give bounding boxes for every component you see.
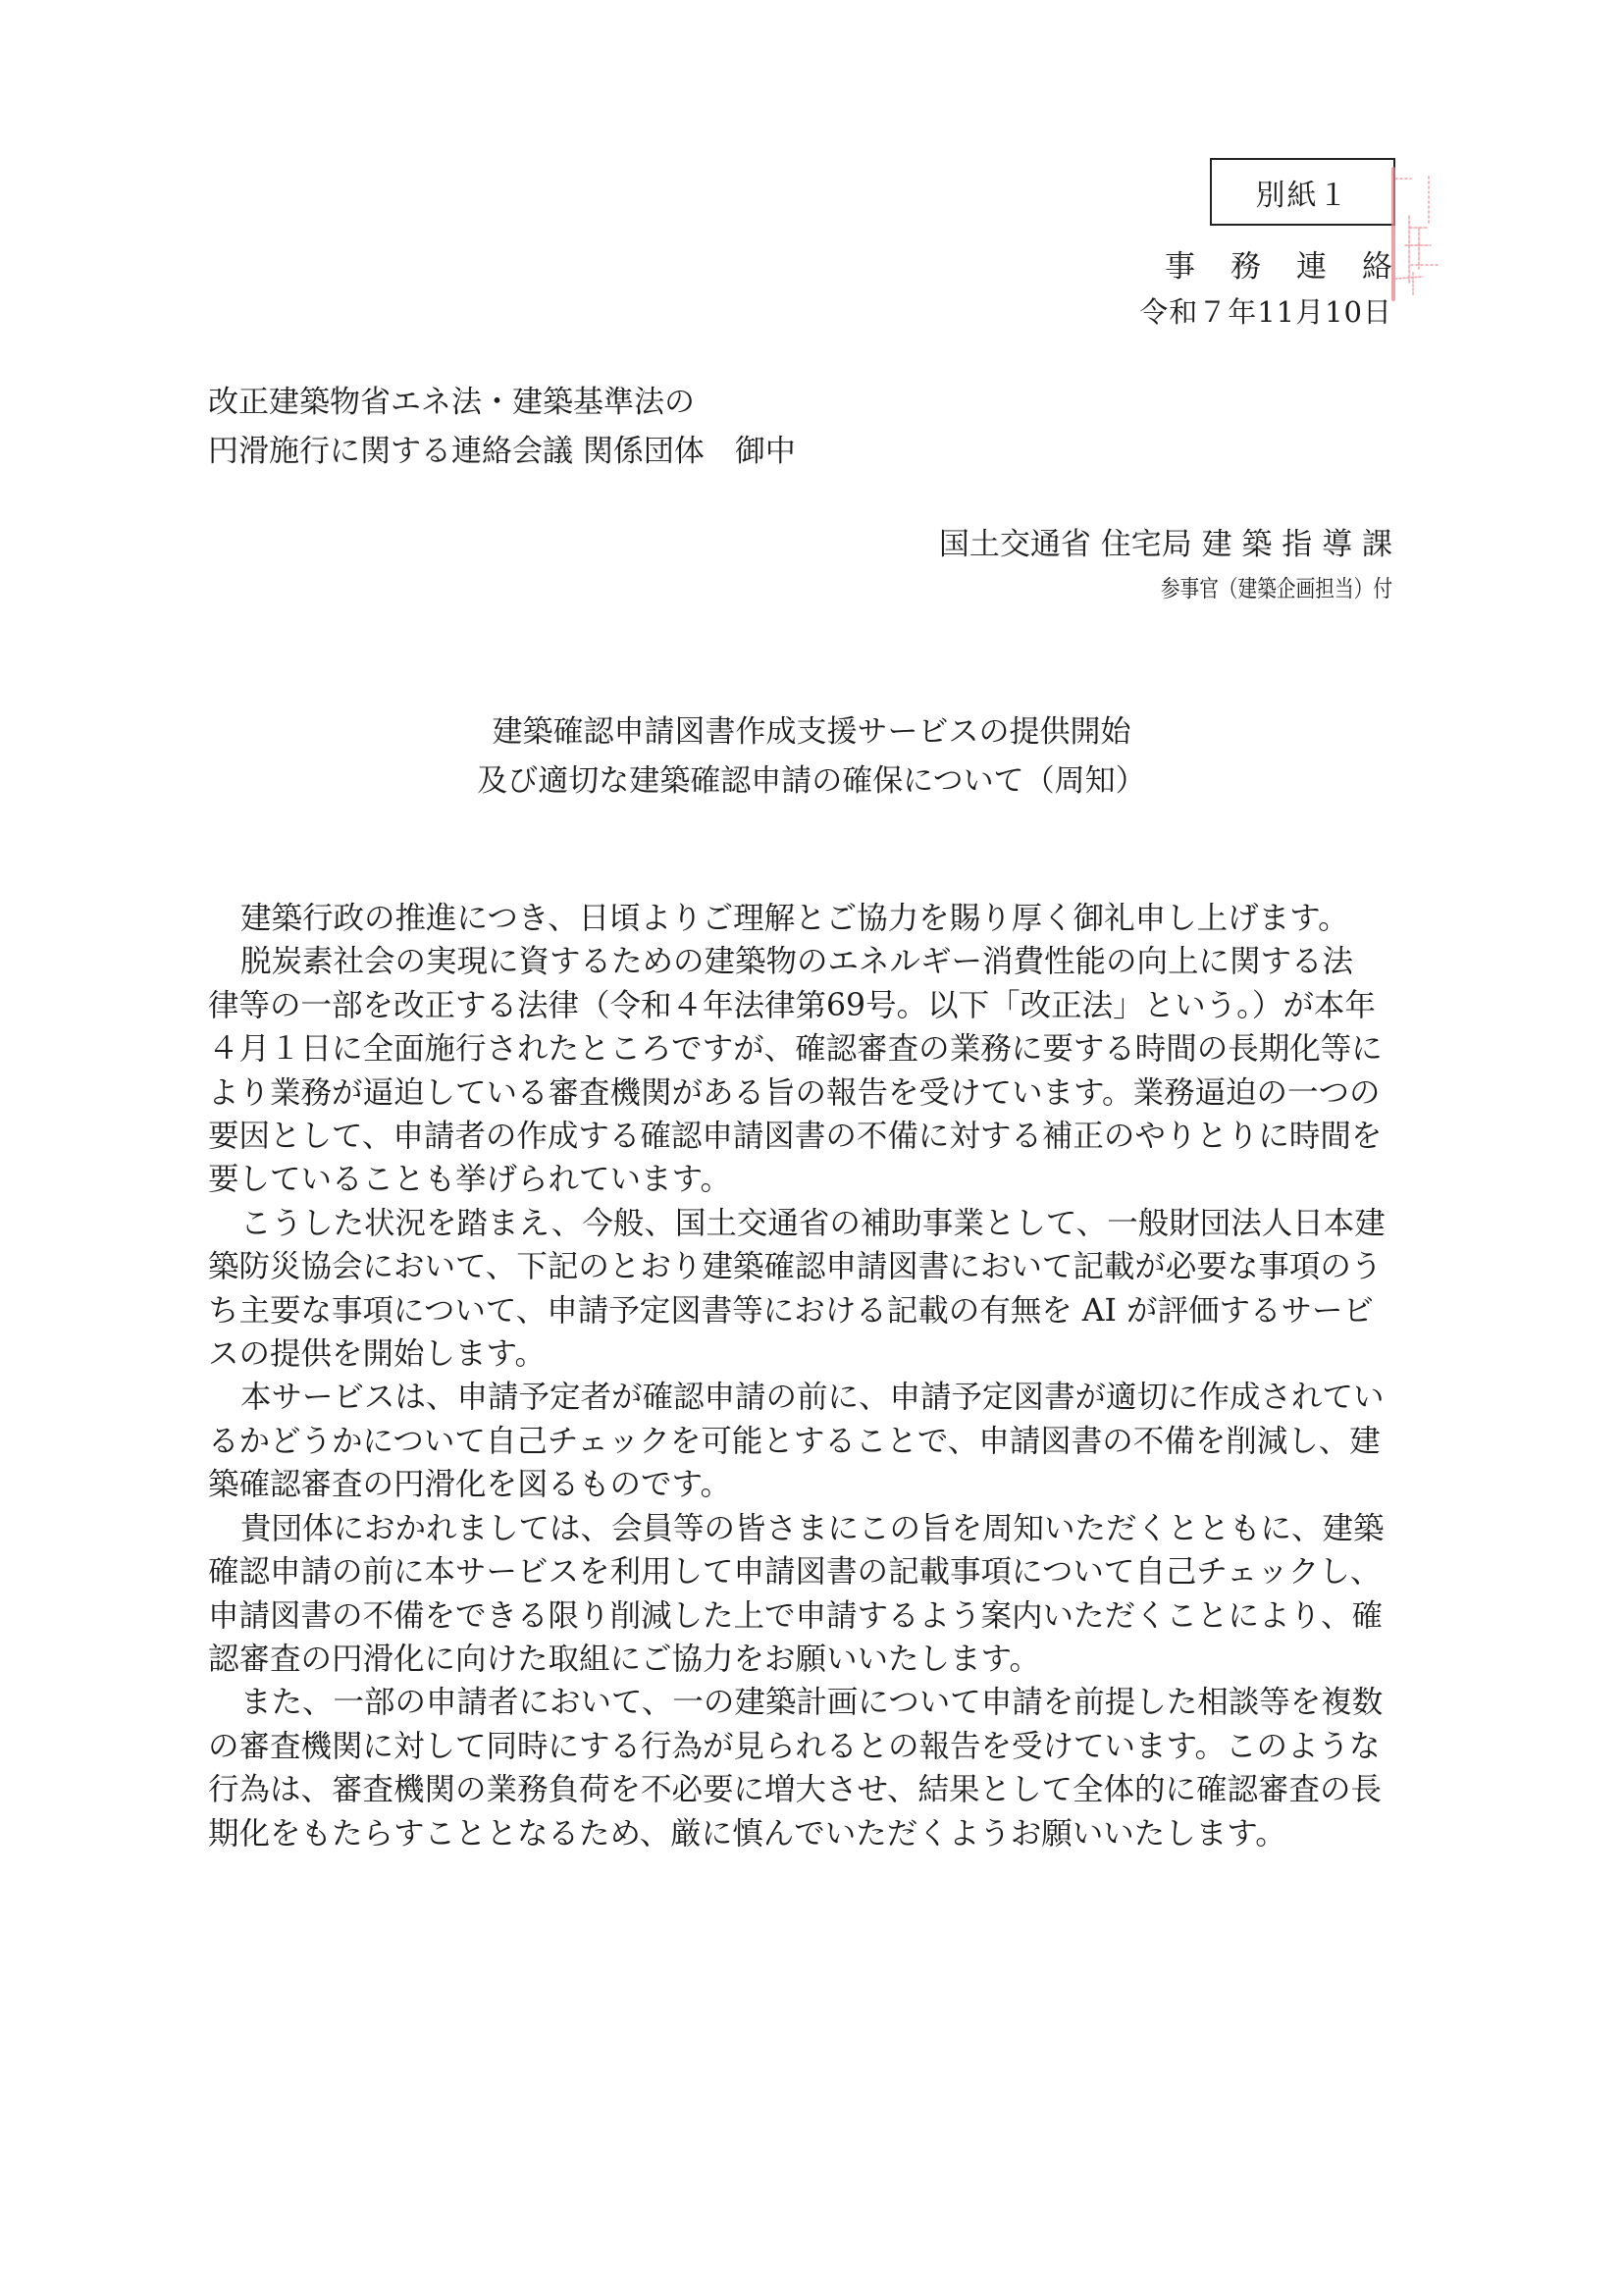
body-line: ４月１日に全面施行されたところですが、確認審査の業務に要する時間の長期化等に bbox=[208, 1027, 1395, 1070]
sender-organization: 国土交通省 住宅局 建 築 指 導 課 bbox=[939, 520, 1392, 569]
body-line: 確認申請の前に本サービスを利用して申請図書の記載事項について自己チェックし、 bbox=[208, 1550, 1395, 1593]
body-line: 要していることも挙げられています。 bbox=[208, 1158, 1395, 1201]
body-line: スの提供を開始します。 bbox=[208, 1332, 1395, 1376]
body-line: 脱炭素社会の実現に資するための建築物のエネルギー消費性能の向上に関する法 bbox=[208, 940, 1395, 983]
body-line: 建築行政の推進につき、日頃よりご理解とご協力を賜り厚く御礼申し上げます。 bbox=[208, 897, 1395, 940]
body-line: 律等の一部を改正する法律（令和４年法律第69号。以下「改正法」という。）が本年 bbox=[208, 984, 1395, 1027]
addressee-line: 改正建築物省エネ法・建築基準法の bbox=[208, 378, 796, 427]
document-page: 別紙１ 事務連絡 令和７年11月10日 改正建築物省エネ法・建築基準法の 円滑施… bbox=[0, 0, 1623, 2296]
document-body: 建築行政の推進につき、日頃よりご理解とご協力を賜り厚く御礼申し上げます。 脱炭素… bbox=[208, 897, 1395, 1855]
body-line: また、一部の申請者において、一の建築計画について申請を前提した相談等を複数 bbox=[208, 1681, 1395, 1724]
body-line: より業務が逼迫している審査機関がある旨の報告を受けています。業務逼迫の一つの bbox=[208, 1071, 1395, 1115]
body-line: 申請図書の不備をできる限り削減した上で申請するよう案内いただくことにより、確 bbox=[208, 1594, 1395, 1638]
sender-sub-office: 参事官（建築企画担当）付 bbox=[1161, 569, 1392, 608]
body-paragraph-service-purpose: 本サービスは、申請予定者が確認申請の前に、申請予定図書が適切に作成されてい るか… bbox=[208, 1376, 1395, 1506]
body-line: るかどうかについて自己チェックを可能とすることで、申請図書の不備を削減し、建 bbox=[208, 1420, 1395, 1463]
body-line: 本サービスは、申請予定者が確認申請の前に、申請予定図書が適切に作成されてい bbox=[208, 1376, 1395, 1419]
title-line: 建築確認申請図書作成支援サービスの提供開始 bbox=[0, 707, 1623, 757]
document-title: 建築確認申請図書作成支援サービスの提供開始 及び適切な建築確認申請の確保について… bbox=[0, 707, 1623, 806]
body-paragraph-request: 貴団体におかれましては、会員等の皆さまにこの旨を周知いただくとともに、建築 確認… bbox=[208, 1507, 1395, 1682]
body-paragraph-caution: また、一部の申請者において、一の建築計画について申請を前提した相談等を複数 の審… bbox=[208, 1681, 1395, 1855]
annex-label: 別紙１ bbox=[1256, 171, 1350, 214]
body-line: 認審査の円滑化に向けた取組にご協力をお願いいたします。 bbox=[208, 1638, 1395, 1681]
body-line: の審査機関に対して同時にする行為が見られるとの報告を受けています。このような bbox=[208, 1725, 1395, 1768]
title-line: 及び適切な建築確認申請の確保について（周知） bbox=[0, 757, 1623, 806]
body-line: ち主要な事項について、申請予定図書等における記載の有無を AI が評価するサービ bbox=[208, 1289, 1395, 1332]
addressee-line: 円滑施行に関する連絡会議 関係団体 御中 bbox=[208, 427, 796, 476]
addressee: 改正建築物省エネ法・建築基準法の 円滑施行に関する連絡会議 関係団体 御中 bbox=[208, 378, 796, 476]
body-paragraph-background: 脱炭素社会の実現に資するための建築物のエネルギー消費性能の向上に関する法 律等の… bbox=[208, 940, 1395, 1201]
body-line: 行為は、審査機関の業務負荷を不必要に増大させ、結果として全体的に確認審査の長 bbox=[208, 1768, 1395, 1811]
sender: 国土交通省 住宅局 建 築 指 導 課 参事官（建築企画担当）付 bbox=[939, 520, 1392, 608]
annex-label-box: 別紙１ bbox=[1210, 158, 1395, 226]
document-date: 令和７年11月10日 bbox=[1139, 290, 1392, 331]
body-paragraph-greeting: 建築行政の推進につき、日頃よりご理解とご協力を賜り厚く御礼申し上げます。 bbox=[208, 897, 1395, 940]
body-line: 期化をもたらすこととなるため、厳に慎んでいただくようお願いいたします。 bbox=[208, 1812, 1395, 1855]
body-line: 要因として、申請者の作成する確認申請図書の不備に対する補正のやりとりに時間を bbox=[208, 1115, 1395, 1158]
body-line: 築確認審査の円滑化を図るものです。 bbox=[208, 1463, 1395, 1506]
notice-type: 事務連絡 bbox=[1165, 241, 1428, 286]
body-line: 貴団体におかれましては、会員等の皆さまにこの旨を周知いただくとともに、建築 bbox=[208, 1507, 1395, 1550]
body-line: こうした状況を踏まえ、今般、国土交通省の補助事業として、一般財団法人日本建 bbox=[208, 1202, 1395, 1245]
body-paragraph-service-launch: こうした状況を踏まえ、今般、国土交通省の補助事業として、一般財団法人日本建 築防… bbox=[208, 1202, 1395, 1377]
body-line: 築防災協会において、下記のとおり建築確認申請図書において記載が必要な事項のう bbox=[208, 1245, 1395, 1288]
